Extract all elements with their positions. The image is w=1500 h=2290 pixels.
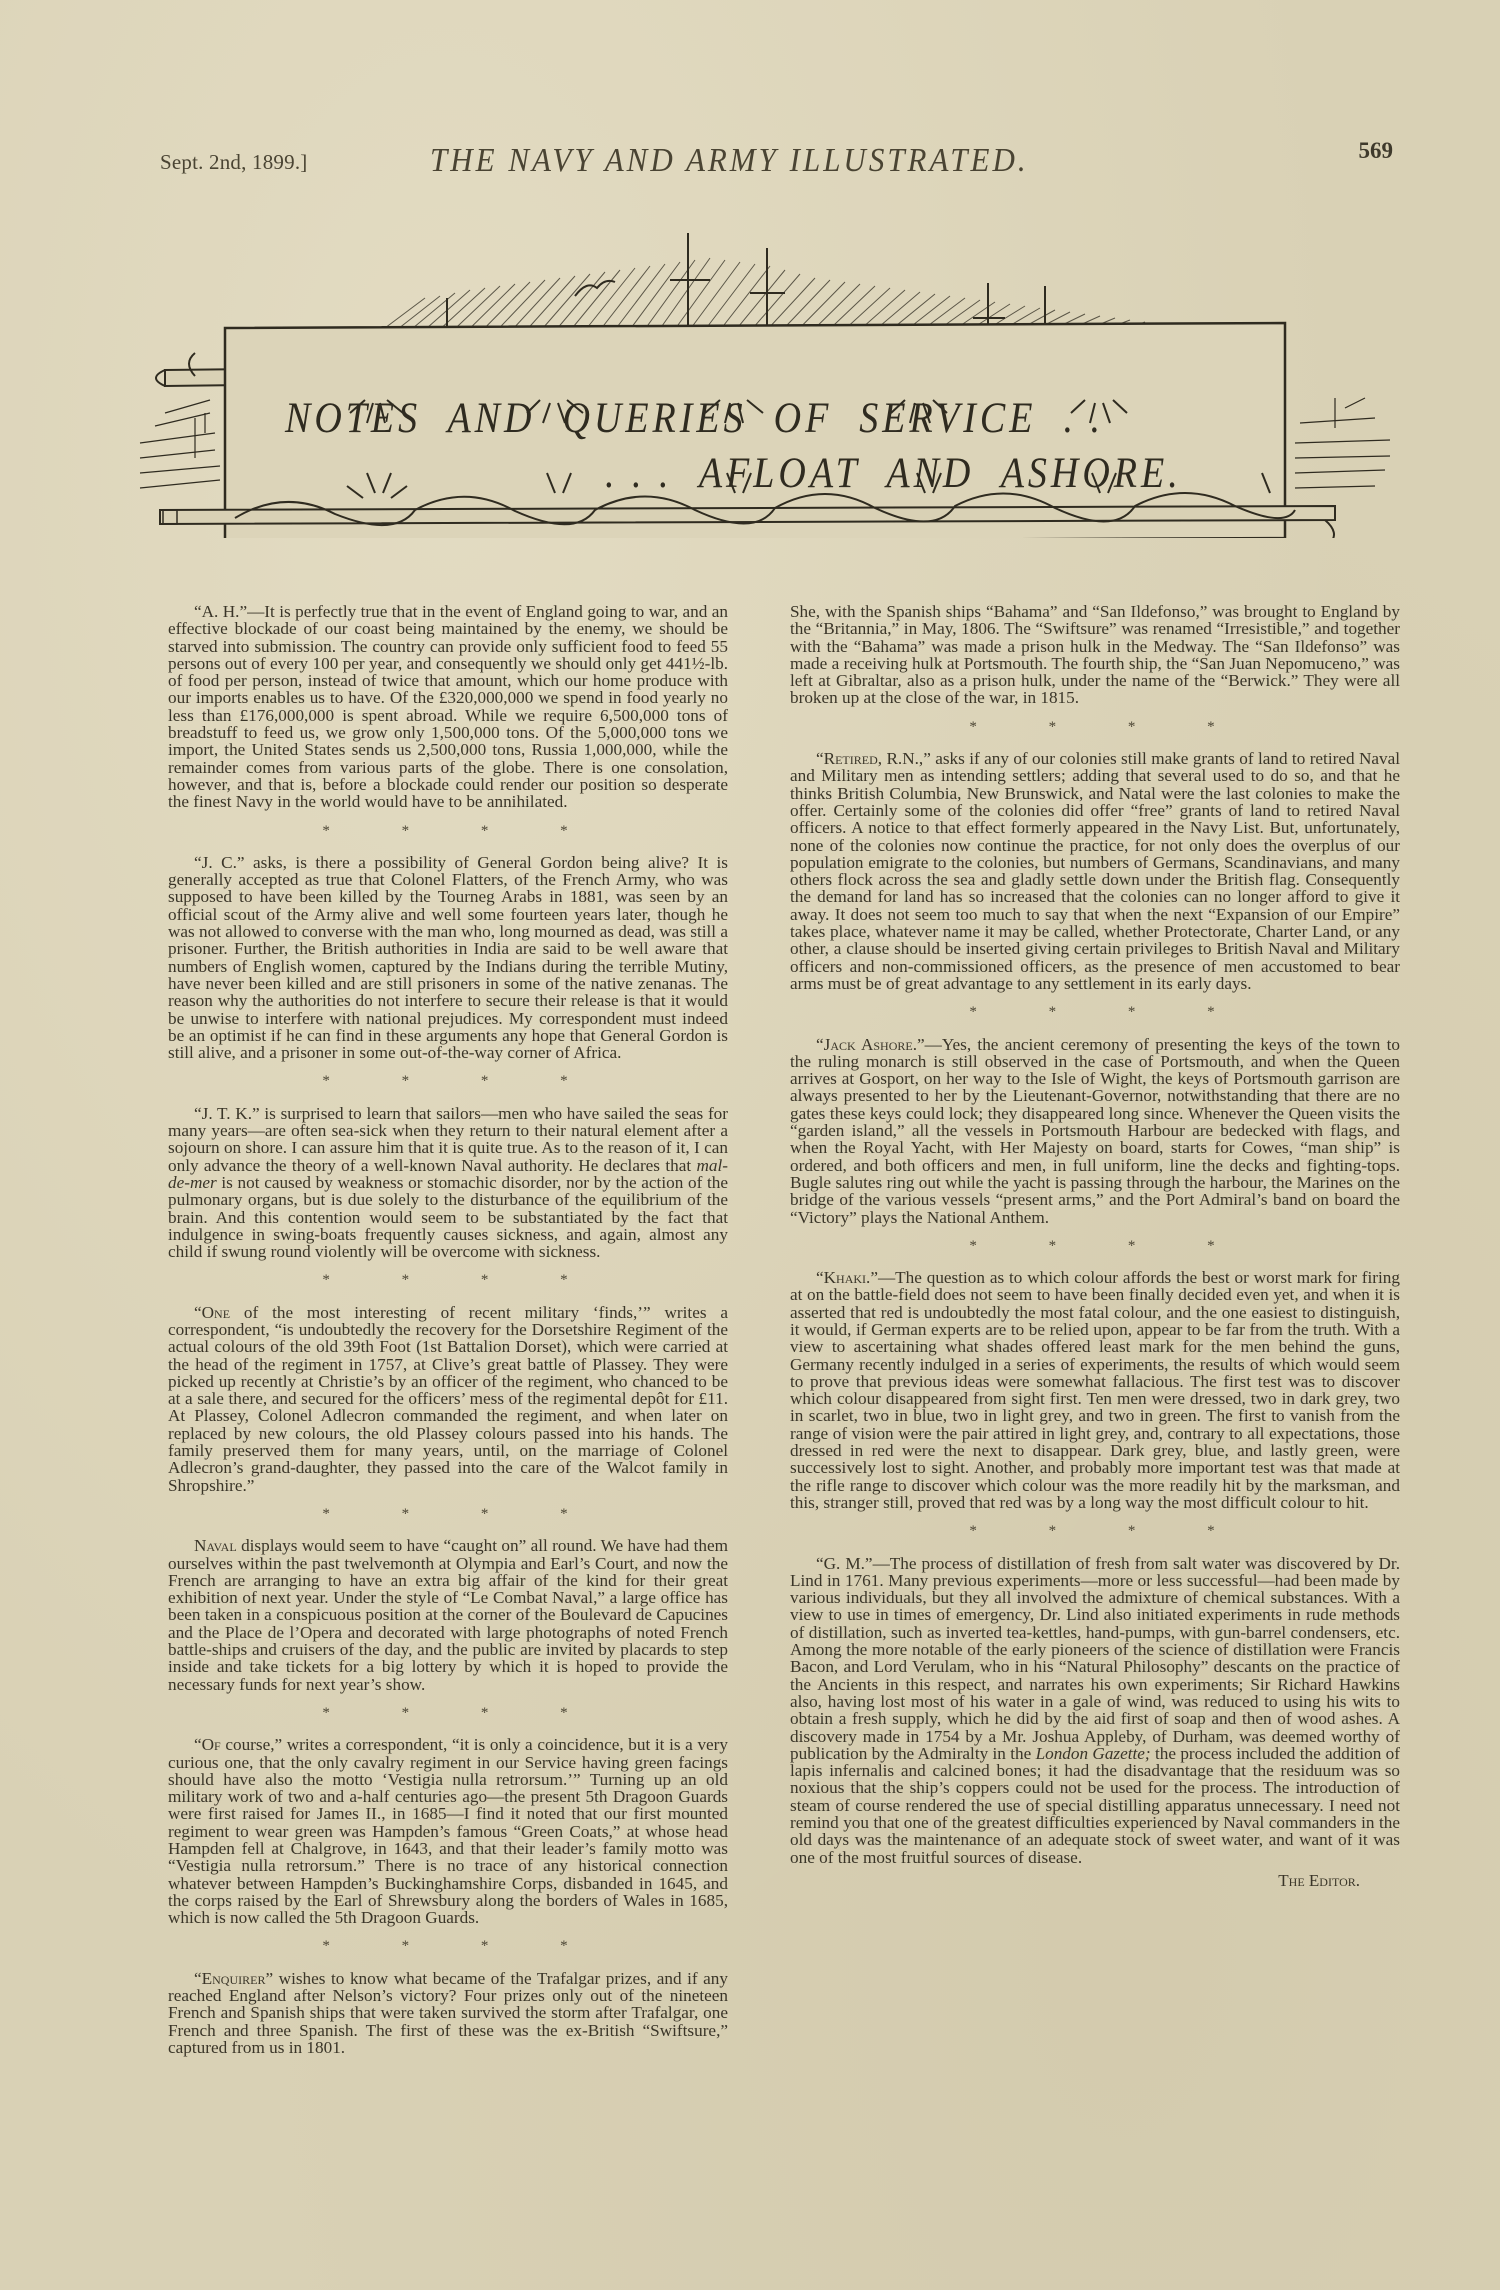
section-separator: * * * * (818, 1238, 1400, 1255)
entry-lead: “Jack Ashore.” (816, 1035, 925, 1054)
entry-enquirer: “Enquirer” wishes to know what became of… (168, 1970, 728, 2056)
publication-title: THE NAVY AND ARMY ILLUSTRATED. (430, 140, 1029, 180)
entry-lead: “One (194, 1303, 230, 1322)
entry-j-t-k: “J. T. K.” is surprised to learn that sa… (168, 1105, 728, 1261)
entry-enquirer-continued: She, with the Spanish ships “Bahama” and… (790, 603, 1400, 707)
entry-g-m: “G. M.”—The process of distillation of f… (790, 1555, 1400, 1866)
entry-lead: “Enquirer” (194, 1969, 273, 1988)
editor-signature: The Editor. (790, 1872, 1360, 1889)
entry-j-c: “J. C.” asks, is there a possibility of … (168, 854, 728, 1062)
entry-lead: “Khaki.” (816, 1268, 878, 1287)
section-separator: * * * * (818, 719, 1400, 736)
section-separator: * * * * (196, 1705, 728, 1722)
section-banner: NOTES AND QUERIES OF SERVICE . . . . . A… (135, 218, 1395, 538)
entry-lead: “G. M.” (816, 1554, 873, 1573)
issue-date: Sept. 2nd, 1899.] (160, 150, 307, 175)
section-separator: * * * * (196, 1506, 728, 1523)
entry-a-h: “A. H.”—It is perfectly true that in the… (168, 603, 728, 811)
entry-lead: “A. H.” (194, 602, 247, 621)
entry-lead: “Of (194, 1735, 221, 1754)
left-column: “A. H.”—It is perfectly true that in the… (168, 603, 728, 2056)
entry-naval-displays: Naval displays would seem to have “caugh… (168, 1537, 728, 1693)
section-separator: * * * * (196, 823, 728, 840)
section-separator: * * * * (196, 1938, 728, 1955)
entry-lead: “Retired, R.N.,” (816, 749, 931, 768)
section-separator: * * * * (196, 1073, 728, 1090)
section-separator: * * * * (818, 1004, 1400, 1021)
entry-green-facings: “Of course,” writes a correspondent, “it… (168, 1736, 728, 1926)
running-head: Sept. 2nd, 1899.] THE NAVY AND ARMY ILLU… (160, 138, 1400, 178)
banner-title-line-2: . . . AFLOAT AND ASHORE. (605, 448, 1182, 499)
entry-lead: “J. C.” (194, 853, 245, 872)
entry-lead: Naval (194, 1536, 237, 1555)
section-separator: * * * * (818, 1523, 1400, 1540)
entry-retired-rn: “Retired, R.N.,” asks if any of our colo… (790, 750, 1400, 992)
entry-lead: “J. T. K.” (194, 1104, 260, 1123)
page-number: 569 (1359, 138, 1394, 164)
entry-jack-ashore: “Jack Ashore.”—Yes, the ancient ceremony… (790, 1036, 1400, 1226)
italic-term: London Gazette; (1036, 1744, 1151, 1763)
entry-khaki: “Khaki.”—The question as to which colour… (790, 1269, 1400, 1511)
right-column: She, with the Spanish ships “Bahama” and… (790, 603, 1400, 1889)
section-separator: * * * * (196, 1272, 728, 1289)
banner-title-line-1: NOTES AND QUERIES OF SERVICE . . (285, 393, 1104, 444)
entry-colours-find: “One of the most interesting of recent m… (168, 1304, 728, 1494)
